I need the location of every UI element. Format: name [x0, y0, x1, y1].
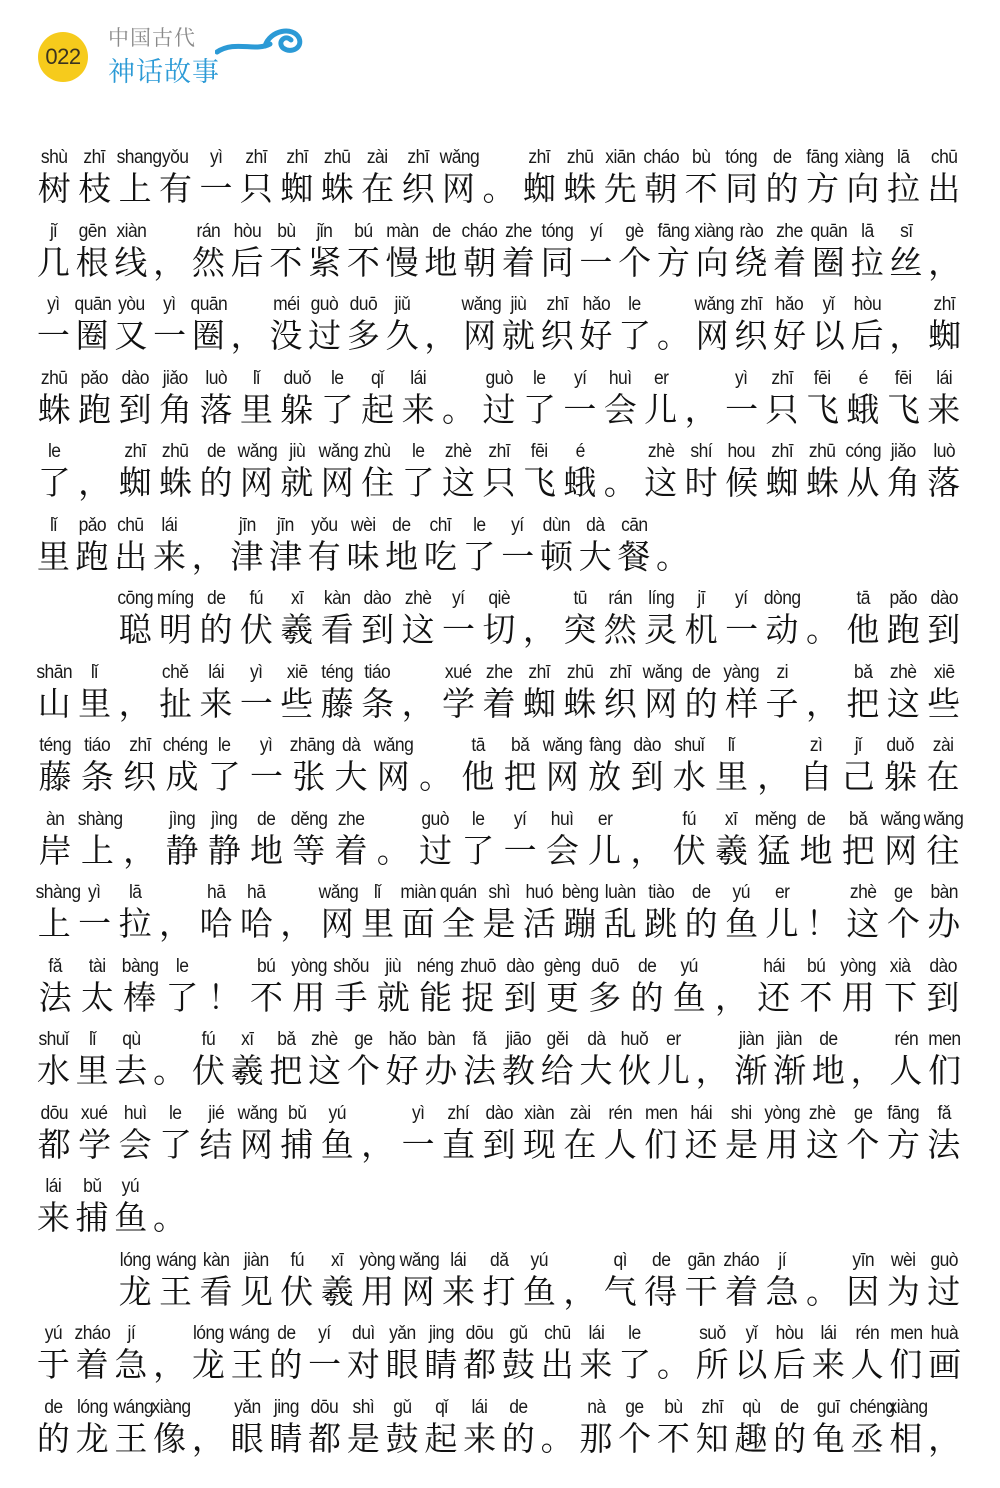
pinyin: zhī [120, 734, 159, 758]
pinyin: yí [307, 1322, 343, 1346]
pinyin: xué [76, 1102, 113, 1126]
pinyin [754, 734, 793, 758]
hanzi: 这 [398, 611, 438, 651]
hanzi: 王 [112, 1420, 151, 1460]
text-line: shàng上yì一lā拉，hā哈hā哈，wǎng网lǐ里miàn面quán全sh… [34, 881, 964, 955]
pinyin: hǎo [578, 293, 614, 317]
pinyin: men [888, 1322, 924, 1346]
ruby-character: wǎng网 [372, 734, 414, 798]
hanzi: 只 [479, 464, 519, 504]
pinyin [416, 734, 455, 758]
pinyin: luò [925, 440, 962, 464]
hanzi: 网 [372, 758, 414, 798]
ruby-character: shuǐ水 [34, 1028, 73, 1092]
ruby-character: tài太 [76, 955, 118, 1019]
hanzi: 鼓 [499, 1346, 538, 1386]
pinyin: quān [191, 293, 227, 317]
pinyin: zài [359, 146, 396, 170]
hanzi: 还 [681, 1126, 721, 1166]
pinyin: le [461, 514, 497, 538]
pinyin: wèi [885, 1249, 922, 1273]
ruby-character: yòng用 [288, 955, 330, 1019]
hanzi: 。 [372, 832, 414, 872]
hanzi: 为 [883, 1273, 923, 1313]
ruby-character: bǎ把 [267, 1028, 306, 1092]
hanzi: 一 [498, 538, 537, 578]
hanzi: 明 [155, 611, 195, 651]
pinyin [229, 293, 265, 317]
pinyin: lā [885, 146, 922, 170]
ruby-character: bǎ把 [837, 808, 879, 872]
hanzi: 枝 [74, 170, 114, 210]
hanzi: 法 [460, 1052, 499, 1092]
hanzi: 鱼 [317, 1126, 357, 1166]
hanzi: 先 [600, 170, 640, 210]
ruby-character: pǎo跑 [73, 514, 112, 578]
pinyin: ge [346, 1028, 382, 1052]
pinyin: quān [811, 220, 847, 244]
hanzi: 气 [600, 1273, 640, 1313]
punctuation: ， [560, 1249, 600, 1313]
hanzi: 了 [155, 1126, 195, 1166]
hanzi: 飞 [883, 391, 923, 431]
pinyin: zhī [238, 146, 275, 170]
ruby-character: de地 [245, 808, 287, 872]
pinyin: de [683, 661, 720, 685]
hanzi: ， [115, 685, 155, 725]
text-line: cōng聪míng明de的fú伏xī羲kàn看dào到zhè这yí一qiè切，t… [34, 587, 964, 661]
hanzi: ， [848, 1052, 887, 1092]
hanzi: 把 [267, 1052, 306, 1092]
hanzi: 落 [924, 464, 964, 504]
hanzi: 相 [887, 1420, 926, 1460]
pinyin: fú [278, 1249, 315, 1273]
ruby-character: lái来 [577, 1322, 616, 1386]
hanzi: 这 [802, 1126, 842, 1166]
ruby-character: lǐ里 [34, 514, 73, 578]
ruby-character: wáng王 [155, 1249, 195, 1313]
pinyin: néng [416, 955, 455, 979]
punctuation: 。 [653, 514, 692, 578]
hanzi: 蹦 [560, 905, 600, 945]
ruby-character: ge个 [883, 881, 923, 945]
ruby-character: néng能 [414, 955, 456, 1019]
ruby-character: xiàn线 [112, 220, 151, 284]
hanzi: 角 [883, 464, 923, 504]
hanzi: 又 [112, 317, 151, 357]
pinyin: bàng [120, 955, 159, 979]
ruby-character: lǐ里 [236, 367, 276, 431]
hanzi: 在 [922, 758, 964, 798]
hanzi: 拉 [848, 244, 887, 284]
hanzi: ， [119, 832, 161, 872]
pinyin: hòu [849, 293, 885, 317]
pinyin: téng [36, 734, 75, 758]
pinyin: wǎng [238, 1102, 275, 1126]
pinyin: tóng [539, 220, 575, 244]
pinyin: tiào [642, 881, 679, 905]
pinyin: jǐn [307, 220, 343, 244]
hanzi: 突 [560, 611, 600, 651]
hanzi: 羲 [710, 832, 752, 872]
pinyin: kàn [319, 587, 356, 611]
hanzi: 干 [681, 1273, 721, 1313]
pinyin [120, 808, 159, 832]
hanzi: 到 [922, 979, 964, 1019]
pinyin: shuǐ [36, 1028, 72, 1052]
ruby-character: fǎ法 [924, 1102, 964, 1166]
pinyin: guò [480, 367, 517, 391]
pinyin: yì [238, 661, 275, 685]
ruby-character: huì会 [115, 1102, 155, 1166]
pinyin: lǐ [712, 734, 751, 758]
punctuation: 。 [479, 146, 519, 210]
hanzi: 同 [721, 170, 761, 210]
hanzi: 鱼 [111, 1199, 150, 1239]
hanzi: 个 [843, 1126, 883, 1166]
ruby-character: lóng龙 [115, 1249, 155, 1313]
hanzi: 蛛 [317, 170, 357, 210]
hanzi: 这 [883, 685, 923, 725]
hanzi: 是 [344, 1420, 383, 1460]
ruby-character: zhí直 [438, 1102, 478, 1166]
pinyin: chū [925, 146, 962, 170]
pinyin: jīn [229, 514, 265, 538]
pinyin: zhī [539, 293, 575, 317]
hanzi: 还 [753, 979, 795, 1019]
hanzi: 聪 [115, 611, 155, 651]
pinyin: duǒ [278, 367, 315, 391]
pinyin: dào [116, 367, 153, 391]
pinyin: fāng [656, 220, 692, 244]
ruby-character: fú伏 [668, 808, 710, 872]
pinyin: rán [191, 220, 227, 244]
pinyin: jiǔ [384, 293, 420, 317]
hanzi: 一 [721, 611, 761, 651]
pinyin: shān [36, 661, 73, 685]
pinyin: ge [617, 1396, 653, 1420]
pinyin: lái [400, 367, 437, 391]
hanzi: 所 [693, 1346, 732, 1386]
hanzi: 绕 [732, 244, 771, 284]
pinyin: de [423, 220, 459, 244]
ruby-character: shuǐ水 [668, 734, 710, 798]
ruby-character: shàng上 [34, 881, 74, 945]
hanzi: 因 [843, 1273, 883, 1313]
hanzi: 的 [196, 464, 236, 504]
hanzi: 餐 [615, 538, 654, 578]
hanzi: 了 [398, 464, 438, 504]
ruby-character: jǐn紧 [305, 220, 344, 284]
hanzi: 织 [398, 170, 438, 210]
pinyin: le [458, 808, 497, 832]
ruby-character: qì气 [600, 1249, 640, 1313]
hanzi: 来 [924, 391, 964, 431]
pinyin: xiē [278, 661, 315, 685]
hanzi: 画 [925, 1346, 964, 1386]
pinyin: lái [811, 1322, 847, 1346]
ruby-character: xī羲 [710, 808, 752, 872]
ruby-character: wáng王 [228, 1322, 267, 1386]
pinyin [628, 808, 667, 832]
ruby-character: zi子 [762, 661, 802, 725]
pinyin: yì [247, 734, 286, 758]
pinyin: fǎ [462, 1028, 498, 1052]
pinyin: hā [238, 881, 275, 905]
hanzi: 眼 [383, 1346, 422, 1386]
hanzi: 的 [267, 1346, 306, 1386]
hanzi: 来 [438, 1273, 478, 1313]
text-line: téng藤tiáo条zhī织chéng成le了yì一zhāng张dà大wǎng网… [34, 734, 964, 808]
ruby-character: rán然 [189, 220, 228, 284]
pinyin: jiǎo [885, 440, 922, 464]
ruby-character: dào到 [357, 587, 397, 651]
pinyin: jìng [163, 808, 202, 832]
pinyin: zhè [400, 587, 437, 611]
pinyin: màn [384, 220, 420, 244]
hanzi: 些 [277, 685, 317, 725]
hanzi: 这 [305, 1052, 344, 1092]
ruby-character: le了 [398, 440, 438, 504]
ruby-character: lái来 [196, 661, 236, 725]
hanzi: ， [277, 905, 317, 945]
pinyin: lái [36, 1175, 72, 1199]
punctuation: ， [189, 514, 228, 578]
ruby-character: xiān先 [600, 146, 640, 210]
hanzi: ， [357, 1126, 397, 1166]
ruby-character: yì一 [74, 881, 114, 945]
pinyin: lǐ [74, 1028, 110, 1052]
pinyin: zhī [278, 146, 315, 170]
ruby-character: hòu后 [228, 220, 267, 284]
hanzi: 好 [577, 317, 616, 357]
hanzi: 他 [457, 758, 499, 798]
ruby-character: zhāng张 [288, 734, 330, 798]
pinyin: hòu [229, 220, 265, 244]
pinyin: yì [197, 146, 234, 170]
ruby-character: fāng方 [802, 146, 842, 210]
ruby-character: zháo着 [73, 1322, 112, 1386]
pinyin: gān [683, 1249, 720, 1273]
ruby-character: xī羲 [228, 1028, 267, 1092]
hanzi: 。 [802, 611, 842, 651]
punctuation: 。 [438, 367, 478, 431]
hanzi: 了 [460, 538, 499, 578]
pinyin: wǎng [543, 734, 582, 758]
text-line: shān山lǐ里，chě扯lái来yì一xiē些téng藤tiáo条，xué学z… [34, 661, 964, 735]
ruby-character: wǎng网 [236, 1102, 276, 1166]
hanzi: 来 [196, 685, 236, 725]
pinyin: lái [440, 1249, 477, 1273]
hanzi: 结 [196, 1126, 236, 1166]
hanzi: 教 [499, 1052, 538, 1092]
hanzi: 们 [887, 1346, 926, 1386]
hanzi: 鱼 [519, 1273, 559, 1313]
ruby-character: men们 [925, 1028, 964, 1092]
pinyin: yì [36, 293, 72, 317]
ruby-character: cháo朝 [460, 220, 499, 284]
pinyin: gěi [539, 1028, 575, 1052]
hanzi: 方 [883, 1126, 923, 1166]
pinyin: yú [113, 1175, 149, 1199]
ruby-character: qǐ起 [422, 1396, 461, 1460]
hanzi: 睛 [422, 1346, 461, 1386]
hanzi: 到 [115, 391, 155, 431]
hanzi: 不 [795, 979, 837, 1019]
hanzi: ， [693, 1052, 732, 1092]
hanzi: 方 [802, 170, 842, 210]
ruby-character: de地 [422, 220, 461, 284]
ruby-character: lái来 [924, 367, 964, 431]
pinyin [927, 220, 963, 244]
pinyin [804, 587, 841, 611]
punctuation: ， [155, 881, 195, 945]
pinyin: men [642, 1102, 679, 1126]
ruby-character: hòu后 [770, 1322, 809, 1386]
pinyin: gǔ [384, 1396, 420, 1420]
ruby-character: téng藤 [317, 661, 357, 725]
ruby-character: tiáo条 [76, 734, 118, 798]
pinyin: jiàn [733, 1028, 769, 1052]
pinyin: gǔ [501, 1322, 537, 1346]
hanzi: 跳 [641, 905, 681, 945]
pinyin: zhī [76, 146, 113, 170]
hanzi: 趣 [732, 1420, 771, 1460]
hanzi: 的 [681, 685, 721, 725]
pinyin: de [384, 514, 420, 538]
ruby-character: le了 [161, 955, 203, 1019]
hanzi: 一 [245, 758, 287, 798]
pinyin: yí [723, 587, 760, 611]
ruby-character: lā拉 [848, 220, 887, 284]
pinyin: bàn [925, 881, 962, 905]
text-line: yú于zháo着jí急，lóng龙wáng王de的yí一duì对yǎn眼jing… [34, 1322, 964, 1396]
punctuation: ， [277, 881, 317, 945]
hanzi: 网 [438, 170, 478, 210]
ruby-character: hái还 [753, 955, 795, 1019]
hanzi: ， [74, 464, 114, 504]
pinyin [888, 293, 924, 317]
hanzi: 了 [34, 464, 74, 504]
pinyin: dà [332, 734, 371, 758]
hanzi: 躲 [277, 391, 317, 431]
pinyin: zhí [440, 1102, 477, 1126]
pinyin [116, 661, 153, 685]
ruby-character: tóng同 [538, 220, 577, 284]
hanzi: 飞 [802, 391, 842, 431]
ruby-character: de得 [641, 1249, 681, 1313]
ruby-character: bú不 [245, 955, 287, 1019]
hanzi: 候 [721, 464, 761, 504]
hanzi: 树 [34, 170, 74, 210]
hanzi: 蜘 [762, 464, 802, 504]
hanzi: 山 [34, 685, 74, 725]
ruby-character: lǐ里 [73, 1028, 112, 1092]
pinyin: dòng [763, 587, 800, 611]
pinyin: zhè [307, 1028, 343, 1052]
hanzi: 织 [119, 758, 161, 798]
pinyin: zhū [157, 440, 194, 464]
pinyin: jié [197, 1102, 234, 1126]
ruby-character: yú鱼 [668, 955, 710, 1019]
ruby-character: quān圈 [189, 293, 228, 357]
hanzi: 伏 [668, 832, 710, 872]
pinyin: fǎ [36, 955, 75, 979]
pinyin: jī [683, 587, 720, 611]
hanzi: 地 [809, 1052, 848, 1092]
hanzi: 来 [460, 1420, 499, 1460]
ruby-character: yú于 [34, 1322, 73, 1386]
hanzi: 多 [344, 317, 383, 357]
hanzi: 那 [577, 1420, 616, 1460]
pinyin: fú [670, 808, 709, 832]
pinyin [152, 220, 188, 244]
pinyin: fú [238, 587, 275, 611]
pinyin: zhī [602, 661, 639, 685]
ruby-character: yí一 [498, 514, 537, 578]
punctuation: ， [150, 1322, 189, 1386]
punctuation: ， [848, 1028, 887, 1092]
ruby-character: jiàn渐 [732, 1028, 771, 1092]
ruby-character: luò落 [196, 367, 236, 431]
ruby-character: de地 [795, 808, 837, 872]
hanzi: 个 [883, 905, 923, 945]
hanzi: 不 [245, 979, 287, 1019]
hanzi: 渐 [770, 1052, 809, 1092]
ruby-character: huà画 [925, 1322, 964, 1386]
ruby-character: jī机 [681, 587, 721, 651]
pinyin: xī [229, 1028, 265, 1052]
pinyin: dōu [462, 1322, 498, 1346]
ruby-character: jí急 [112, 1322, 151, 1386]
ruby-character: rén人 [848, 1322, 887, 1386]
ruby-character: xiàn现 [519, 1102, 559, 1166]
hanzi: 织 [538, 317, 577, 357]
hanzi: 根 [73, 244, 112, 284]
pinyin [152, 1322, 188, 1346]
ruby-character: lóng龙 [73, 1396, 112, 1460]
hanzi: 蜘 [277, 170, 317, 210]
pinyin [374, 808, 413, 832]
page-number: 022 [45, 44, 80, 70]
ruby-character: jiǔ久 [383, 293, 422, 357]
pinyin [712, 955, 751, 979]
pinyin: tóng [723, 146, 760, 170]
ruby-character: jìng静 [203, 808, 245, 872]
ruby-character: jīn津 [228, 514, 267, 578]
pinyin: děng [289, 808, 328, 832]
ruby-character: hā哈 [236, 881, 276, 945]
pinyin: de [268, 1322, 304, 1346]
ruby-character: zhī织 [398, 146, 438, 210]
hanzi: 着 [479, 685, 519, 725]
pinyin: jing [423, 1322, 459, 1346]
punctuation: ， [357, 1102, 397, 1166]
ruby-character: yǐ以 [732, 1322, 771, 1386]
ruby-character: yǎn眼 [383, 1322, 422, 1386]
ruby-character: jí急 [762, 1249, 802, 1313]
ruby-character: fēi飞 [883, 367, 923, 431]
ruby-character: sī丝 [887, 220, 926, 284]
pinyin: zhū [804, 440, 841, 464]
hanzi: 羲 [277, 611, 317, 651]
ruby-character: dùn顿 [537, 514, 576, 578]
ruby-character: huǒ伙 [615, 1028, 654, 1092]
hanzi: 用 [762, 1126, 802, 1166]
ruby-character: de的 [762, 146, 802, 210]
ruby-character: tā他 [457, 734, 499, 798]
hanzi: 蜘 [519, 685, 559, 725]
